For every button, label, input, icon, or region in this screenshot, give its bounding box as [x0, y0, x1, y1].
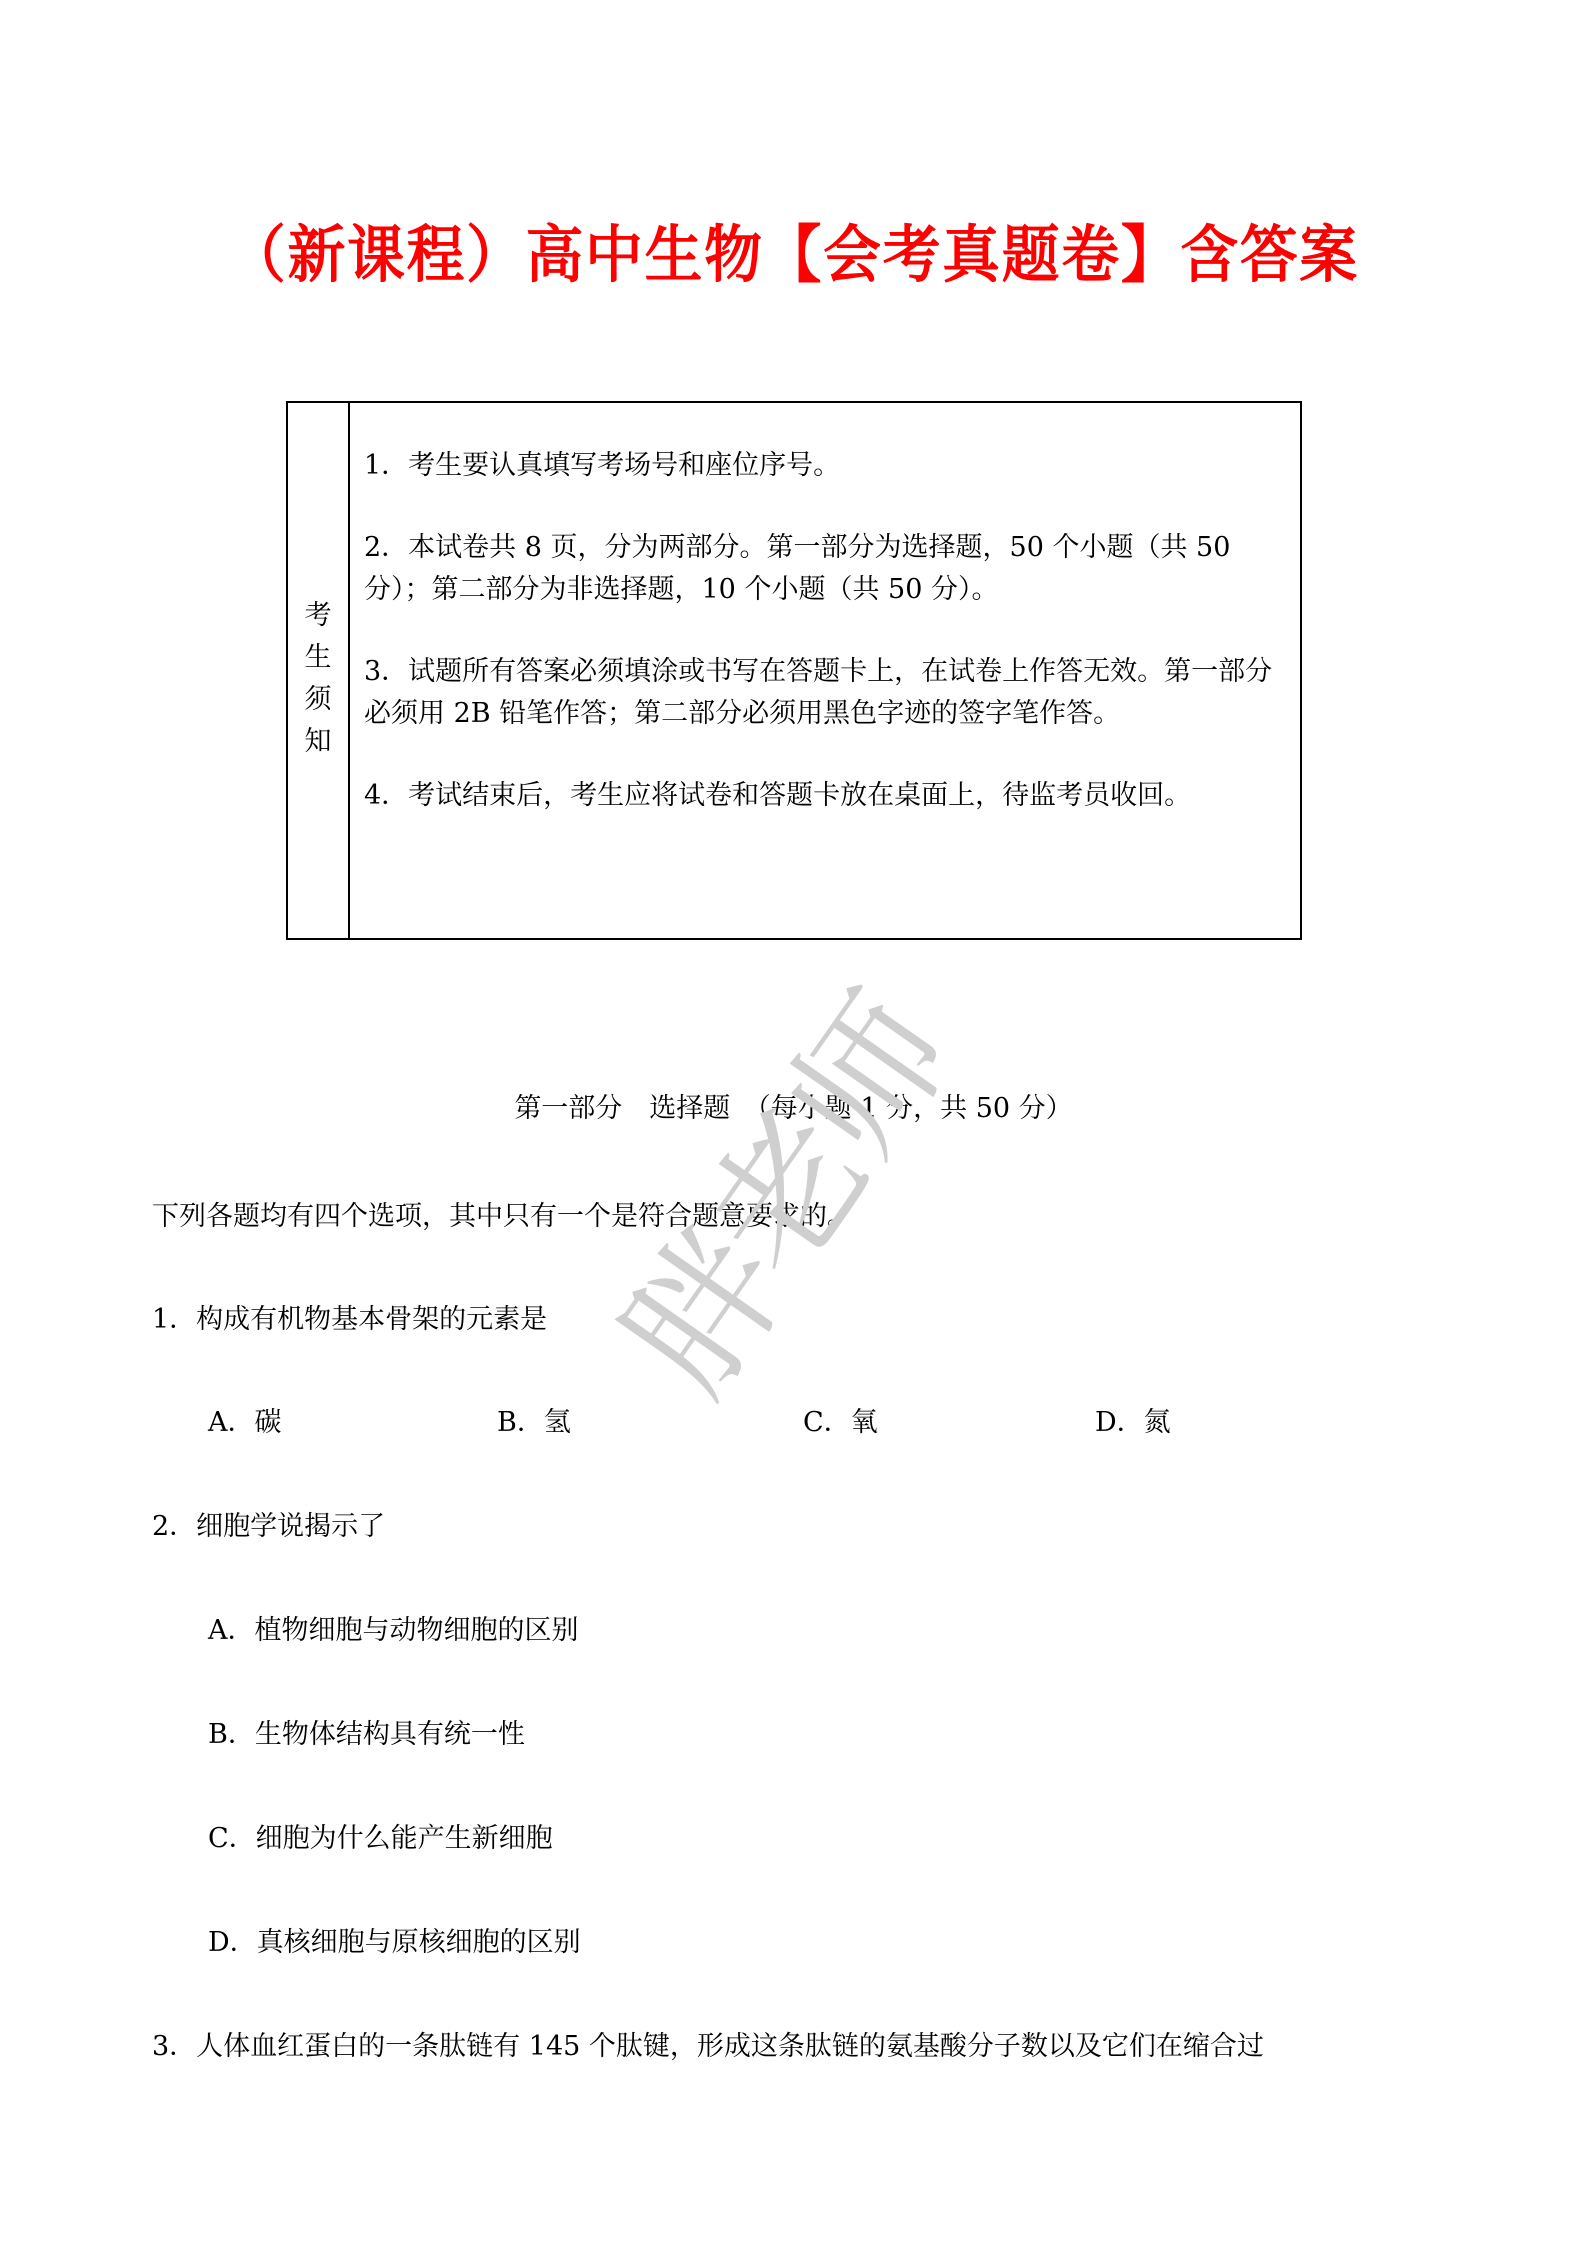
option-b: B．氢 — [497, 1400, 571, 1439]
watermark: 胖老师 — [564, 949, 989, 1427]
notice-body: 1．考生要认真填写考场号和座位序号。 2．本试卷共 8 页，分为两部分。第一部分… — [350, 403, 1300, 938]
section-instruction: 下列各题均有四个选项，其中只有一个是符合题意要求的。 — [152, 1194, 854, 1233]
notice-item: 3．试题所有答案必须填涂或书写在答题卡上，在试卷上作答无效。第一部分必须用 2B… — [364, 651, 1286, 735]
option-a: A．碳 — [208, 1400, 282, 1439]
option-c: C．细胞为什么能产生新细胞 — [208, 1816, 553, 1855]
notice-item: 4．考试结束后，考生应将试卷和答题卡放在桌面上，待监考员收回。 — [364, 775, 1286, 817]
option-d: D．真核细胞与原核细胞的区别 — [208, 1920, 581, 1959]
question-stem: 2．细胞学说揭示了 — [152, 1504, 385, 1543]
page-title: （新课程）高中生物【会考真题卷】含答案 — [56, 205, 1532, 294]
question-stem: 3．人体血红蛋白的一条肽链有 145 个肽键，形成这条肽链的氨基酸分子数以及它们… — [152, 2024, 1264, 2063]
notice-item: 2．本试卷共 8 页，分为两部分。第一部分为选择题，50 个小题（共 50 分）… — [364, 527, 1286, 611]
notice-label-char: 须 — [305, 679, 332, 721]
option-b: B．生物体结构具有统一性 — [208, 1712, 525, 1751]
notice-label-char: 生 — [305, 637, 332, 679]
option-d: D．氮 — [1095, 1400, 1171, 1439]
notice-item: 1．考生要认真填写考场号和座位序号。 — [364, 445, 1286, 487]
exam-notice-table: 考 生 须 知 1．考生要认真填写考场号和座位序号。 2．本试卷共 8 页，分为… — [286, 401, 1302, 940]
question-stem: 1．构成有机物基本骨架的元素是 — [152, 1297, 547, 1336]
notice-label: 考 生 须 知 — [288, 403, 350, 938]
option-a: A．植物细胞与动物细胞的区别 — [208, 1608, 579, 1647]
notice-label-char: 考 — [305, 595, 332, 637]
option-c: C．氧 — [803, 1400, 878, 1439]
section-heading: 第一部分 选择题 （每小题 1 分，共 50 分） — [0, 1086, 1587, 1125]
notice-label-char: 知 — [305, 721, 332, 763]
